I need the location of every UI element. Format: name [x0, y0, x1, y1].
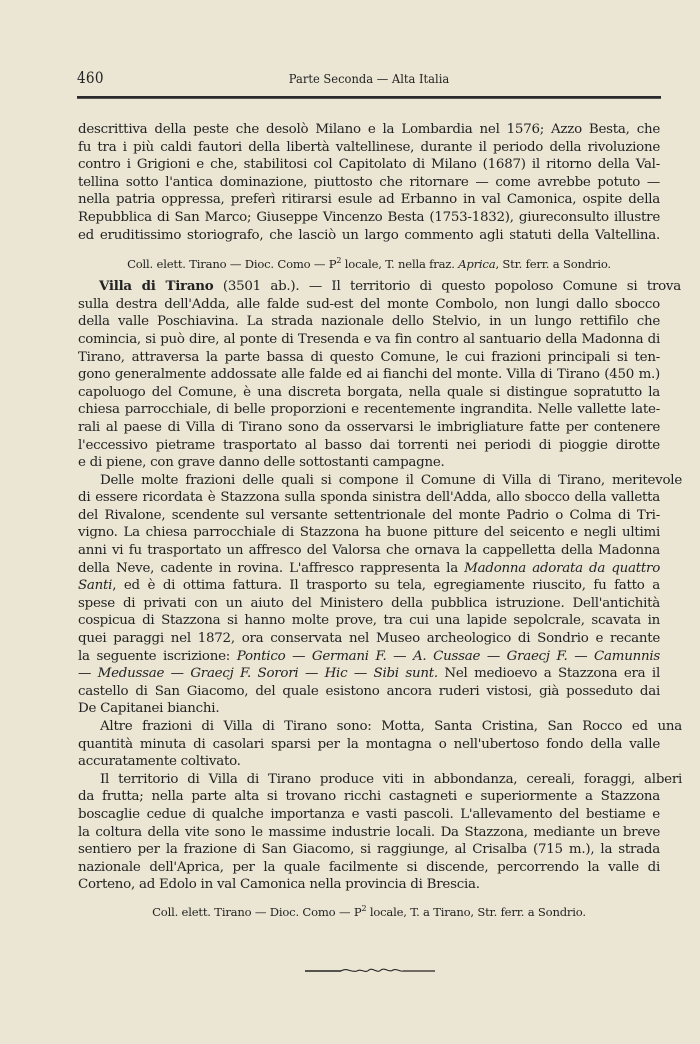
entry-heading: Villa di Tirano	[99, 278, 213, 294]
paragraph-territorio: Il territorio di Villa di Tirano produce…	[78, 771, 660, 894]
page-header: 460 Parte Seconda — Alta Italia	[77, 68, 661, 92]
text-line: nella patria oppressa, preferì ritirarsi…	[78, 191, 660, 209]
electoral-note: Coll. elett. Tirano — Dioc. Como — P2 lo…	[78, 250, 660, 274]
paragraph-altre-frazioni: Altre frazioni di Villa di Tirano sono: …	[78, 718, 660, 771]
text-line: della Neve, cadente in rovina. L'affresc…	[78, 560, 660, 578]
text-line: — Medussae — Graecj F. Sorori — Hic — Si…	[78, 665, 660, 683]
paragraph-continuation: descrittiva della peste che desolò Milan…	[78, 121, 660, 244]
entry-first-line: Villa di Tirano (3501 ab.). — Il territo…	[78, 278, 681, 296]
text-line: cospicua di Stazzona si hanno molte prov…	[78, 612, 660, 630]
text-line: l'eccessivo pietrame trasportato al bass…	[78, 437, 660, 455]
text-line: castello di San Giacomo, del quale esist…	[78, 683, 660, 701]
book-page: 460 Parte Seconda — Alta Italia descritt…	[0, 0, 700, 1044]
text-line: capoluogo del Comune, è una discreta bor…	[78, 384, 660, 402]
text-line: Altre frazioni di Villa di Tirano sono: …	[78, 718, 682, 736]
page-body: descrittiva della peste che desolò Milan…	[78, 121, 660, 922]
text-line: Repubblica di San Marco; Giuseppe Vincen…	[78, 209, 660, 227]
text-line: Il territorio di Villa di Tirano produce…	[78, 771, 682, 789]
text-line: De Capitanei bianchi.	[78, 700, 660, 718]
text-line: rali al paese di Villa di Tirano sono da…	[78, 419, 660, 437]
text-line: Tirano, attraversa la parte bassa di que…	[78, 349, 660, 367]
text-line: Santi, ed è di ottima fattura. Il traspo…	[78, 577, 660, 595]
text-line: ed eruditissimo storiografo, che lasciò …	[78, 227, 660, 245]
text-line: sulla destra dell'Adda, alle falde sud-e…	[78, 296, 660, 314]
text-line: e di piene, con grave danno delle sottos…	[78, 454, 660, 472]
text-line: quantità minuta di casolari sparsi per l…	[78, 736, 660, 754]
text-line: della valle Poschiavina. La strada nazio…	[78, 313, 660, 331]
text-line: gono generalmente addossate alle falde e…	[78, 366, 660, 384]
paragraph-stazzona: Delle molte frazioni delle quali si comp…	[78, 472, 660, 718]
text-line: Delle molte frazioni delle quali si comp…	[78, 472, 682, 490]
text-line: Corteno, ad Edolo in val Camonica nella …	[78, 876, 660, 894]
text-line: anni vi fu trasportato un affresco del V…	[78, 542, 660, 560]
text-line: tellina sotto l'antica dominazione, piut…	[78, 174, 660, 192]
text-line: nazionale dell'Aprica, per la quale faci…	[78, 859, 660, 877]
text-line: quei paraggi nel 1872, ora conservata ne…	[78, 630, 660, 648]
text-line: sentiero per la frazione di San Giacomo,…	[78, 841, 660, 859]
running-title: Parte Seconda — Alta Italia	[100, 71, 637, 86]
text-line: da frutta; nella parte alta si trovano r…	[78, 788, 660, 806]
text-line: la seguente iscrizione: Pontico — German…	[78, 648, 660, 666]
electoral-note: Coll. elett. Tirano — Dioc. Como — P2 lo…	[78, 898, 660, 922]
text-line: comincia, si può dire, al ponte di Trese…	[78, 331, 660, 349]
text-line: descrittiva della peste che desolò Milan…	[78, 121, 660, 139]
entry-villa-di-tirano: Villa di Tirano (3501 ab.). — Il territo…	[78, 278, 660, 472]
text-line: accuratamente coltivato.	[78, 753, 660, 771]
text-line: di essere ricordata è Stazzona sulla spo…	[78, 489, 660, 507]
decorative-rule-ornament-icon	[305, 964, 435, 976]
text-line: chiesa parrocchiale, di belle proporzion…	[78, 401, 660, 419]
text-line: del Rivalone, scendente sul versante set…	[78, 507, 660, 525]
text-line: vigno. La chiesa parrocchiale di Stazzon…	[78, 524, 660, 542]
text-line: la coltura della vite sono le massime in…	[78, 824, 660, 842]
text-line: boscaglie cedue di qualche importanza e …	[78, 806, 660, 824]
text-line: contro i Grigioni e che, stabilitosi col…	[78, 156, 660, 174]
text-line: fu tra i più caldi fautori della libertà…	[78, 139, 660, 157]
header-rule	[77, 96, 661, 99]
text-line: spese di privati con un aiuto del Minist…	[78, 595, 660, 613]
